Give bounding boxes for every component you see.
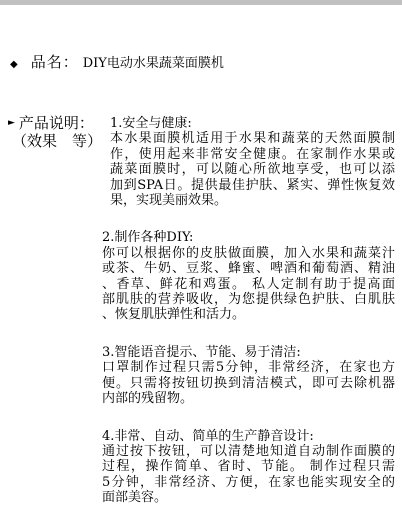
product-name-label: 品名： xyxy=(31,51,79,72)
description-label-column: ► 产品说明： （效果 等） xyxy=(8,114,100,150)
section-quiet-design: 4.非常、自动、简单的生产静音设计: 通过按下按钮，可以清楚地知道自动制作面膜的… xyxy=(102,429,395,506)
product-name-row: ◆ 品名： DIY电动水果蔬菜面膜机 xyxy=(10,51,224,72)
description-label: 产品说明： xyxy=(19,114,94,132)
diamond-bullet-icon: ◆ xyxy=(10,60,18,70)
section-heading: 4.非常、自动、简单的生产静音设计: xyxy=(102,429,395,444)
text-line: 或茶、牛奶、豆浆、蜂蜜、啤酒和葡萄酒、精油 xyxy=(102,261,395,276)
section-heading: 2.制作各种DIY: xyxy=(102,230,395,245)
text-line: 果，实现美丽效果。 xyxy=(110,193,395,208)
text-line: 面部美容。 xyxy=(102,490,395,505)
text-line: 蔬菜面膜时，可以随心所欲地享受，也可以添 xyxy=(110,162,395,177)
text-line: 作，使用起来非常安全健康。在家制作水果或 xyxy=(110,147,395,162)
section-smart-voice-clean: 3.智能语音提示、节能、易于清洁: 口罩制作过程只需5分钟，非常经济，在家也方 … xyxy=(102,345,395,407)
section-safety-health: 1.安全与健康: 本水果面膜机适用于水果和蔬菜的天然面膜制 作，使用起来非常安全… xyxy=(102,116,395,208)
text-line: 内部的残留物。 xyxy=(102,391,395,406)
text-line: 加到SPA日。提供最佳护肤、紧实、弹性恢复效 xyxy=(110,178,395,193)
description-label-row: ► 产品说明： xyxy=(8,114,100,132)
text-line: 你可以根据你的皮肤做面膜，加入水果和蔬菜汁 xyxy=(102,246,395,261)
text-line: 便。只需将按钮切换到清洁模式，即可去除机器 xyxy=(102,376,395,391)
section-heading: 3.智能语音提示、节能、易于清洁: xyxy=(102,345,395,360)
text-line: 、恢复肌肤弹性和活力。 xyxy=(102,307,395,322)
arrow-bullet-icon: ► xyxy=(8,119,15,128)
product-name-value: DIY电动水果蔬菜面膜机 xyxy=(83,52,224,71)
text-line: 部肌肤的营养吸收，为您提供绿色护肤、白肌肤 xyxy=(102,292,395,307)
text-line: 口罩制作过程只需5分钟，非常经济，在家也方 xyxy=(102,360,395,375)
text-line: 通过按下按钮，可以清楚地知道自动制作面膜的 xyxy=(102,444,395,459)
product-description-page: { "page": { "topbar_color": "#c1c1c1", "… xyxy=(0,0,402,530)
section-diy-variety: 2.制作各种DIY: 你可以根据你的皮肤做面膜，加入水果和蔬菜汁 或茶、牛奶、豆… xyxy=(102,230,395,322)
text-line: 本水果面膜机适用于水果和蔬菜的天然面膜制 xyxy=(110,131,395,146)
description-text-column: 1.安全与健康: 本水果面膜机适用于水果和蔬菜的天然面膜制 作，使用起来非常安全… xyxy=(102,116,395,506)
text-line: 5分钟，非常经济、方便，在家也能实现安全的 xyxy=(102,475,395,490)
text-line: 、香草、鲜花和鸡蛋。 私人定制有助于提高面 xyxy=(102,277,395,292)
text-line: 过程，操作简单、省时、节能。 制作过程只需 xyxy=(102,459,395,474)
description-sublabel: （效果 等） xyxy=(8,132,100,150)
top-divider-bar xyxy=(0,0,402,5)
section-heading: 1.安全与健康: xyxy=(110,116,395,131)
